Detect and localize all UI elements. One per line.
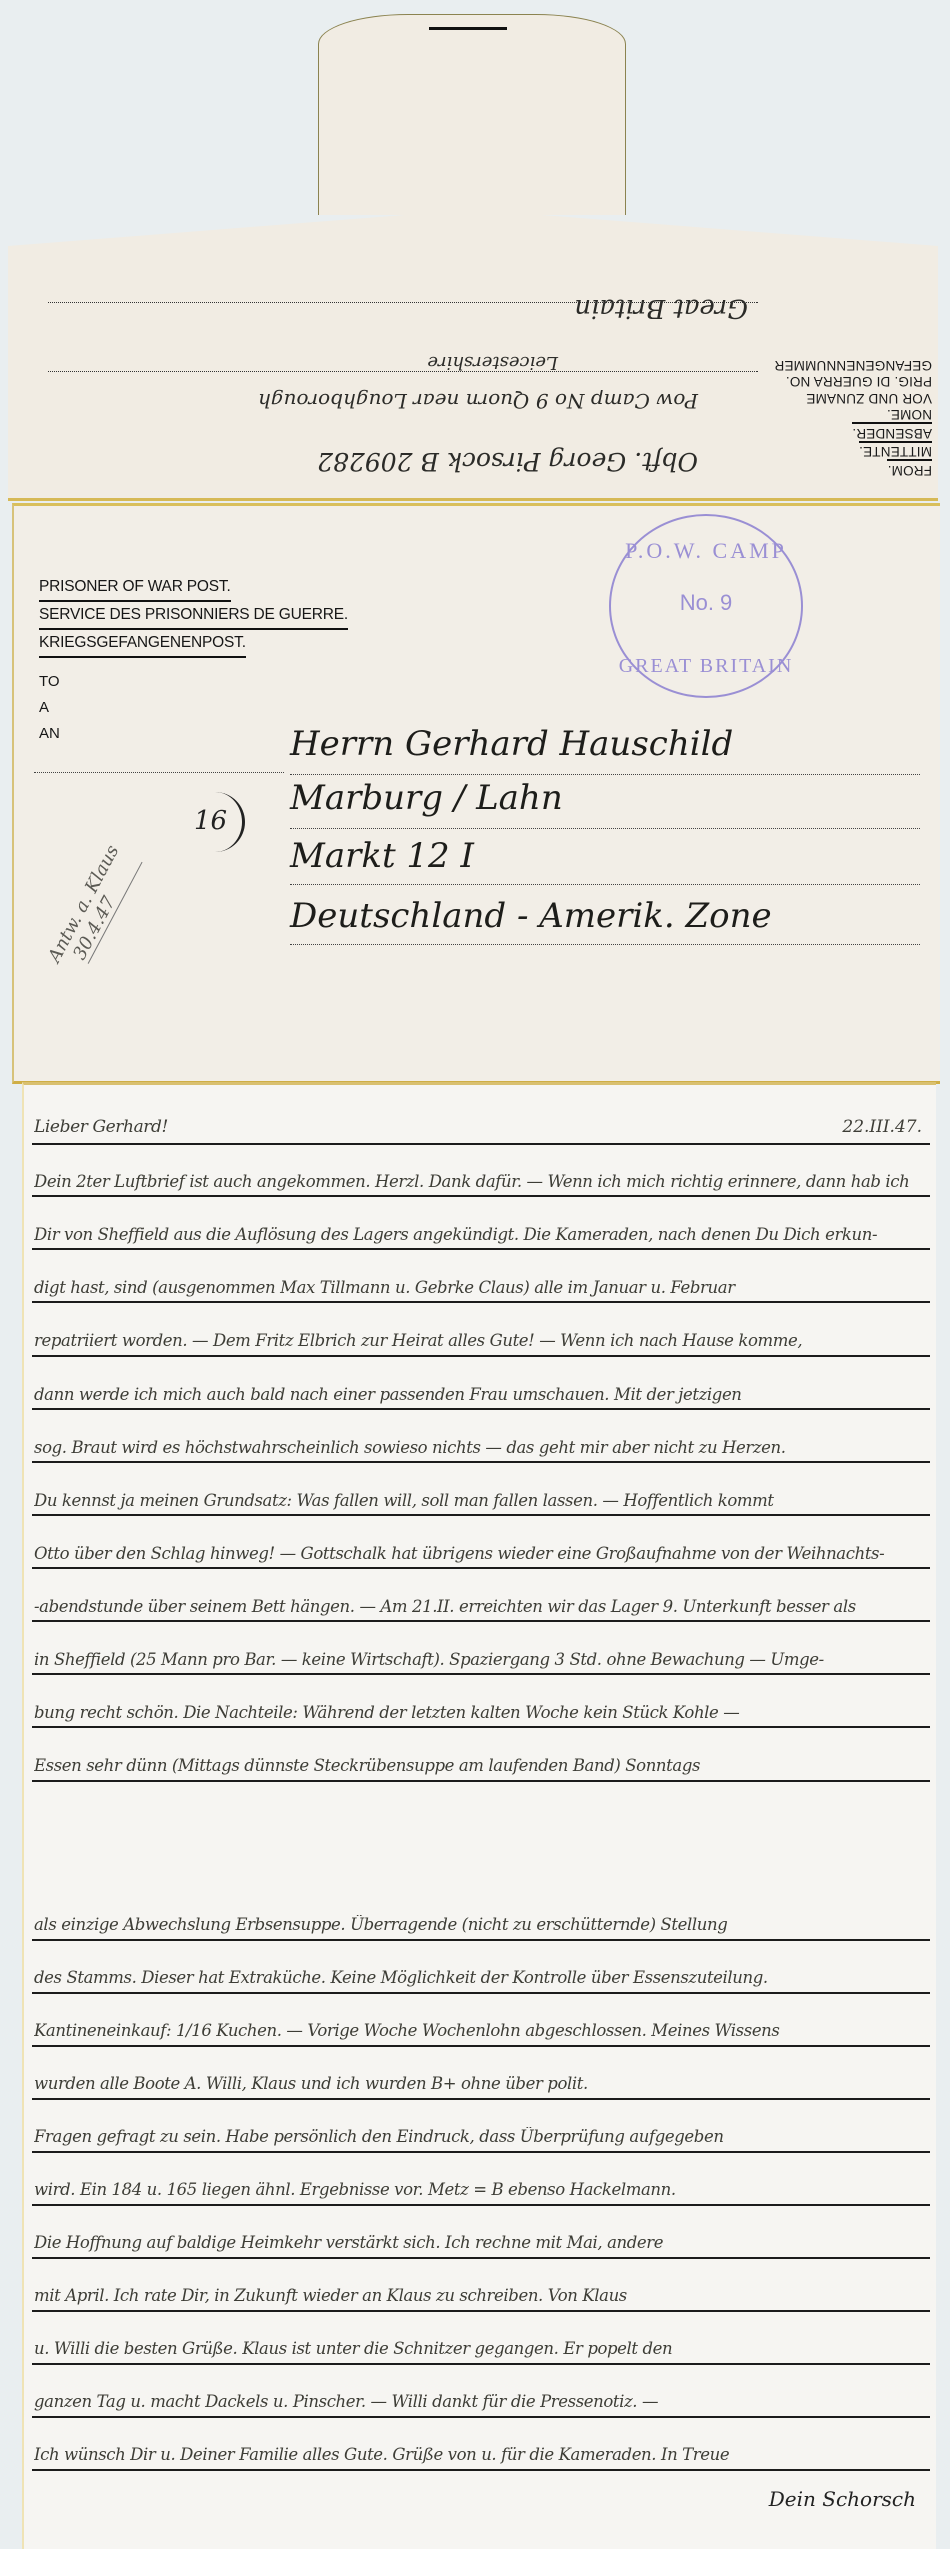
ruled-line [32,1673,930,1675]
letter-line: sog. Braut wird es höchstwahrscheinlich … [34,1438,926,1457]
letter-line: Fragen gefragt zu sein. Habe persönlich … [34,2127,926,2146]
sender-dotline-2 [48,302,758,303]
ruled-line [32,1939,930,1941]
sender-flap: FROM. MITTENTE. ABSENDER. NOME. VOR UND … [8,214,938,501]
ruled-line [32,2045,930,2047]
ruled-line [32,2310,930,2312]
recipient-city: Marburg / Lahn [290,778,563,818]
stamp-top-text: P.O.W. CAMP [611,538,801,564]
letter-line: dann werde ich mich auch bald nach einer… [34,1385,926,1404]
ruled-line [32,2098,930,2100]
envelope-tab [318,14,626,215]
ruled-line [32,2416,930,2418]
ruled-line [32,1408,930,1410]
ruled-line [32,2469,930,2471]
ruled-line [32,2151,930,2153]
letter-line: u. Willi die besten Grüße. Klaus ist unt… [34,2339,926,2358]
letter-line: digt hast, sind (ausgenommen Max Tillman… [34,1278,926,1297]
circled-number: 16 [194,806,227,836]
circle-bracket [212,792,245,852]
letter-greeting: Lieber Gerhard! [34,1117,926,1137]
sender-labels: FROM. MITTENTE. ABSENDER. NOME. VOR UND … [762,357,932,479]
service-titles: PRISONER OF WAR POST. SERVICE DES PRISON… [39,574,348,658]
letter-line: Essen sehr dünn (Mittags dünnste Steckrü… [34,1756,926,1775]
vor-zuname-label: VOR UND ZUNAME [806,391,932,406]
recipient-street: Markt 12 I [290,836,474,876]
letter-line: Die Hoffnung auf baldige Heimkehr verstä… [34,2233,926,2252]
to-labels: TO A AN [39,669,60,747]
letter-line: Kantineneinkauf: 1/16 Kuchen. — Vorige W… [34,2021,926,2040]
ruled-line [32,1620,930,1622]
sender-name-number: Obft. Georg Pirsock B 209282 [317,447,698,476]
service-title-en: PRISONER OF WAR POST. [39,574,231,602]
letter-line: in Sheffield (25 Mann pro Bar. — keine W… [34,1650,926,1669]
letter-date: 22.III.47. [842,1117,922,1137]
ruled-line [32,1195,930,1197]
letter-line: wurden alle Boote A. Willi, Klaus und ic… [34,2074,926,2093]
ruled-line [32,1992,930,1994]
letter-line: bung recht schön. Die Nachteile: Während… [34,1703,926,1722]
letter-signature: Dein Schorsch [769,2487,916,2511]
address-panel: P.O.W. CAMP No. 9 GREAT BRITAIN PRISONER… [12,503,940,1084]
recipient-country: Deutschland - Amerik. Zone [290,896,772,936]
ruled-line [32,1355,930,1357]
sender-dotline-1 [48,371,758,372]
recipient-dotline-4 [290,944,920,945]
letter-line: repatriiert worden. — Dem Fritz Elbrich … [34,1331,926,1350]
ruled-line [32,2204,930,2206]
ruled-line [32,1143,930,1145]
absender-label: ABSENDER. [852,423,932,442]
pow-camp-stamp: P.O.W. CAMP No. 9 GREAT BRITAIN [609,514,803,698]
ruled-line [32,1780,930,1782]
prig-label: PRIG. DI GUERRA NO. [786,375,932,390]
letter-line: als einzige Abwechslung Erbsensuppe. Übe… [34,1915,926,1934]
recipient-dotline-2 [290,828,920,829]
letter-line: Ich wünsch Dir u. Deiner Familie alles G… [34,2445,926,2464]
sender-camp: Pow Camp No 9 Quorn near Loughborough [258,389,698,413]
gefangenennummer-label: GEFANGENENNUMMER [774,358,932,373]
ruled-line [32,2363,930,2365]
ruled-line [32,1248,930,1250]
sender-country: Great Britain [574,293,748,323]
ruled-line [32,1514,930,1516]
ruled-line [32,1567,930,1569]
letter-line: -abendstunde über seinem Bett hängen. — … [34,1597,926,1616]
letter-line: Du kennst ja meinen Grundsatz: Was falle… [34,1491,926,1510]
mittente-label: MITTENTE. [859,441,932,460]
letter-line: ganzen Tag u. macht Dackels u. Pinscher.… [34,2392,926,2411]
ruled-line [32,1726,930,1728]
recipient-name: Herrn Gerhard Hauschild [290,724,733,764]
to-label-fr: A [39,695,60,721]
letter-line: des Stamms. Dieser hat Extraküche. Keine… [34,1968,926,1987]
tab-mark [429,27,507,30]
ruled-line [32,2257,930,2259]
letter-line: Dein 2ter Luftbrief ist auch angekommen.… [34,1172,926,1191]
recipient-dotline-1 [290,774,920,775]
service-title-de: KRIEGSGEFANGENENPOST. [39,630,246,658]
sender-flap-rotated: FROM. MITTENTE. ABSENDER. NOME. VOR UND … [8,214,938,498]
sender-county: Leicestershire [427,352,558,373]
to-label-en: TO [39,669,60,695]
letter-line: wird. Ein 184 u. 165 liegen ähnl. Ergebn… [34,2180,926,2199]
to-label-de: AN [39,721,60,747]
margin-note: Antw. a. Klaus 30.4.47 [44,842,143,977]
recipient-dotline-3 [290,884,920,885]
letter-sheet: Lieber Gerhard! 22.III.47. Dein 2ter Luf… [22,1082,936,2549]
stamp-bottom-text: GREAT BRITAIN [611,655,801,678]
from-label: FROM. [888,460,933,479]
letter-line: Otto über den Schlag hinweg! — Gottschal… [34,1544,926,1563]
service-title-fr: SERVICE DES PRISONNIERS DE GUERRE. [39,602,348,630]
ruled-line [32,1301,930,1303]
stamp-number: No. 9 [611,590,801,616]
recipient-dotline-left [34,772,284,773]
nome-label: NOME. [887,408,932,423]
ruled-line [32,1461,930,1463]
letter-line: mit April. Ich rate Dir, in Zukunft wied… [34,2286,926,2305]
letter-line: Dir von Sheffield aus die Auflösung des … [34,1225,926,1244]
